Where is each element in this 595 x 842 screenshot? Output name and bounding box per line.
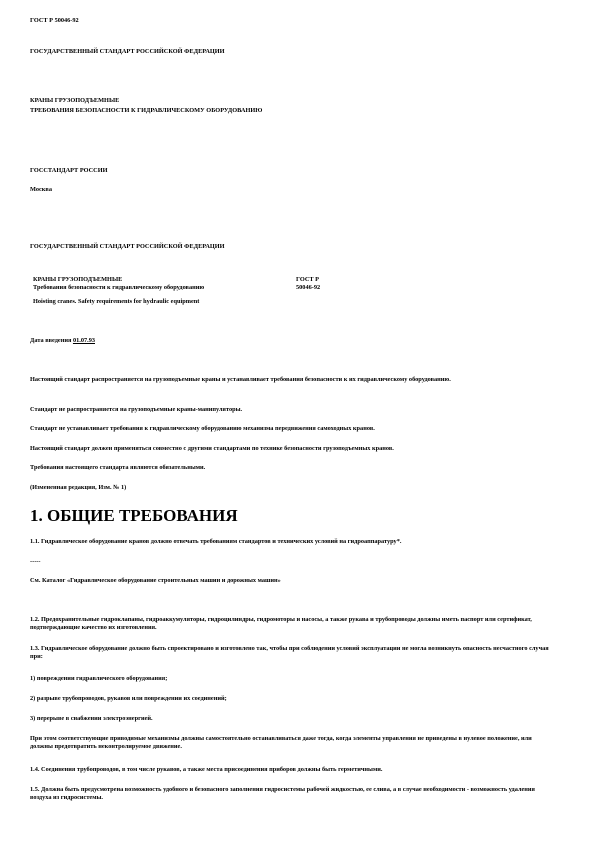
- list-item: 1) повреждении гидравлического оборудова…: [30, 675, 550, 683]
- paragraph-1-2: 1.2. Предохранительные гидроклапаны, гид…: [30, 616, 550, 632]
- list-item: 2) разрыве трубопроводов, рукавов или по…: [30, 695, 550, 703]
- code-line-1: ГОСТ Р: [296, 276, 319, 284]
- date-value: 01.07.93: [73, 337, 95, 344]
- title-table: КРАНЫ ГРУЗОПОДЪЕМНЫЕ ГОСТ Р Требования б…: [33, 276, 320, 306]
- amendment-note: (Измененная редакция, Изм. № 1): [30, 484, 550, 492]
- paragraph-1-5: 1.5. Должна быть предусмотрена возможнос…: [30, 786, 550, 802]
- doc-code: ГОСТ Р 50046-92: [30, 17, 79, 25]
- name-ru-line-2: Требования безопасности к гидравлическом…: [33, 284, 296, 292]
- intro-paragraph: Стандарт не распространяется на грузопод…: [30, 406, 550, 414]
- intro-paragraph: Настоящий стандарт распространяется на г…: [30, 376, 550, 384]
- publisher: ГОССТАНДАРТ РОССИИ: [30, 167, 108, 175]
- paragraph-after-list: При этом соответствующие приводимые меха…: [30, 735, 550, 751]
- paragraph-1-1: 1.1. Гидравлическое оборудование кранов …: [30, 538, 550, 546]
- intro-paragraph: Требования настоящего стандарта являются…: [30, 464, 550, 472]
- title-table-row: КРАНЫ ГРУЗОПОДЪЕМНЫЕ ГОСТ Р: [33, 276, 320, 284]
- paragraph-1-3: 1.3. Гидравлическое оборудование должно …: [30, 645, 550, 661]
- list-item: 3) перерыве в снабжении электроэнергией.: [30, 715, 550, 723]
- date-line: Дата введения 01.07.93: [30, 337, 95, 345]
- standard-type: ГОСУДАРСТВЕННЫЙ СТАНДАРТ РОССИЙСКОЙ ФЕДЕ…: [30, 48, 225, 56]
- city: Москва: [30, 186, 52, 194]
- date-label: Дата введения: [30, 337, 71, 344]
- title-table-row: Hoisting cranes. Safety requirements for…: [33, 298, 320, 306]
- title-line-1: КРАНЫ ГРУЗОПОДЪЕМНЫЕ: [30, 97, 119, 105]
- footnote: См. Каталог «Гидравлическое оборудование…: [30, 577, 550, 585]
- paragraph-1-4: 1.4. Соединения трубопроводов, в том чис…: [30, 766, 550, 774]
- code-line-2: 50046-92: [296, 284, 320, 292]
- standard-type-2: ГОСУДАРСТВЕННЫЙ СТАНДАРТ РОССИЙСКОЙ ФЕДЕ…: [30, 243, 225, 251]
- title-line-2: ТРЕБОВАНИЯ БЕЗОПАСНОСТИ К ГИДРАВЛИЧЕСКОМ…: [30, 107, 262, 115]
- name-ru-line-1: КРАНЫ ГРУЗОПОДЪЕМНЫЕ: [33, 276, 296, 284]
- intro-paragraph: Стандарт не устанавливает требования к г…: [30, 425, 550, 433]
- name-en: Hoisting cranes. Safety requirements for…: [33, 298, 199, 306]
- section-heading: 1. ОБЩИЕ ТРЕБОВАНИЯ: [30, 506, 238, 526]
- footnote-separator: -----: [30, 558, 550, 566]
- title-table-row: Требования безопасности к гидравлическом…: [33, 284, 320, 292]
- intro-paragraph: Настоящий стандарт должен применяться со…: [30, 445, 550, 453]
